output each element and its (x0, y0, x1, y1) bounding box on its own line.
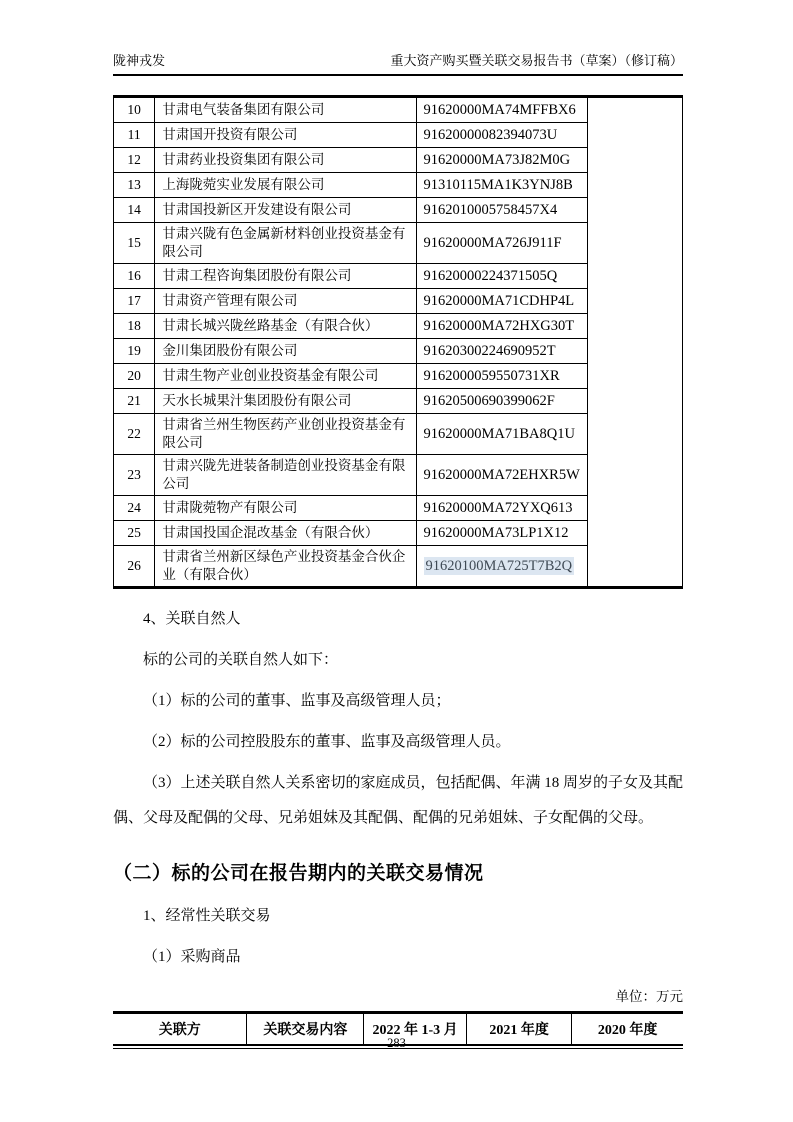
header-left-title: 陇神戎发 (113, 50, 165, 69)
list-item-2: （2）标的公司控股股东的董事、监事及高级管理人员。 (113, 725, 683, 760)
credit-code: 91620000MA72YXQ613 (416, 496, 587, 521)
credit-code: 91620000MA726J911F (416, 223, 587, 264)
row-number: 22 (114, 414, 155, 455)
company-name: 甘肃电气装备集团有限公司 (155, 97, 416, 123)
row-number: 20 (114, 364, 155, 389)
row-number: 23 (114, 455, 155, 496)
row-number: 26 (114, 546, 155, 588)
row-number: 13 (114, 173, 155, 198)
list-item-3: （3）上述关联自然人关系密切的家庭成员，包括配偶、年满 18 周岁的子女及其配偶… (113, 766, 683, 836)
credit-code-highlighted: 91620100MA725T7B2Q (416, 546, 587, 588)
row-number: 12 (114, 148, 155, 173)
intro-paragraph: 标的公司的关联自然人如下： (113, 643, 683, 678)
row-number: 17 (114, 289, 155, 314)
company-name: 甘肃长城兴陇丝路基金（有限合伙） (155, 314, 416, 339)
company-name: 甘肃资产管理有限公司 (155, 289, 416, 314)
credit-code: 91620500690399062F (416, 389, 587, 414)
empty-column (587, 97, 682, 588)
row-number: 19 (114, 339, 155, 364)
credit-code: 91620000MA72EHXR5W (416, 455, 587, 496)
running-header: 陇神戎发 重大资产购买暨关联交易报告书（草案）（修订稿） (113, 0, 683, 76)
unit-note: 单位：万元 (113, 987, 683, 1007)
document-page: 陇神戎发 重大资产购买暨关联交易报告书（草案）（修订稿） 10 甘肃电气装备集团… (0, 0, 793, 1122)
company-name: 甘肃药业投资集团有限公司 (155, 148, 416, 173)
credit-code: 91620000MA73J82M0G (416, 148, 587, 173)
row-number: 25 (114, 521, 155, 546)
credit-code: 91620000082394073U (416, 123, 587, 148)
credit-code: 91620000224371505Q (416, 264, 587, 289)
row-number: 10 (114, 97, 155, 123)
subsection-1-1: （1）采购商品 (113, 940, 683, 975)
row-number: 16 (114, 264, 155, 289)
section-2-heading: （二）标的公司在报告期内的关联交易情况 (113, 862, 683, 886)
row-number: 18 (114, 314, 155, 339)
company-name: 甘肃兴陇先进装备制造创业投资基金有限公司 (155, 455, 416, 496)
credit-code: 91310115MA1K3YNJ8B (416, 173, 587, 198)
page-number: 283 (0, 1036, 793, 1051)
row-number: 11 (114, 123, 155, 148)
section-4-title: 4、关联自然人 (113, 602, 683, 637)
company-name: 天水长城果汁集团股份有限公司 (155, 389, 416, 414)
row-number: 14 (114, 198, 155, 223)
company-name: 金川集团股份有限公司 (155, 339, 416, 364)
company-name: 甘肃省兰州新区绿色产业投资基金合伙企业（有限合伙） (155, 546, 416, 588)
credit-code: 9162010005758457X4 (416, 198, 587, 223)
list-item-1: （1）标的公司的董事、监事及高级管理人员； (113, 684, 683, 719)
company-name: 甘肃省兰州生物医药产业创业投资基金有限公司 (155, 414, 416, 455)
credit-code: 91620000MA73LP1X12 (416, 521, 587, 546)
row-number: 21 (114, 389, 155, 414)
company-name: 甘肃工程咨询集团股份有限公司 (155, 264, 416, 289)
highlight-mark: 91620100MA725T7B2Q (424, 557, 575, 575)
credit-code: 91620000MA72HXG30T (416, 314, 587, 339)
subsection-1: 1、经常性关联交易 (113, 899, 683, 934)
header-right-title: 重大资产购买暨关联交易报告书（草案）（修订稿） (390, 50, 683, 69)
company-name: 甘肃国开投资有限公司 (155, 123, 416, 148)
company-name: 甘肃生物产业创业投资基金有限公司 (155, 364, 416, 389)
page-content: 陇神戎发 重大资产购买暨关联交易报告书（草案）（修订稿） 10 甘肃电气装备集团… (113, 0, 683, 1049)
row-number: 15 (114, 223, 155, 264)
table-row: 10 甘肃电气装备集团有限公司 91620000MA74MFFBX6 (114, 97, 683, 123)
credit-code: 91620000MA71CDHP4L (416, 289, 587, 314)
company-name: 甘肃国投国企混改基金（有限合伙） (155, 521, 416, 546)
credit-code: 91620000MA71BA8Q1U (416, 414, 587, 455)
related-companies-table: 10 甘肃电气装备集团有限公司 91620000MA74MFFBX6 11 甘肃… (113, 95, 683, 589)
credit-code: 91620300224690952T (416, 339, 587, 364)
credit-code: 91620000MA74MFFBX6 (416, 97, 587, 123)
company-name: 甘肃国投新区开发建设有限公司 (155, 198, 416, 223)
row-number: 24 (114, 496, 155, 521)
company-name: 甘肃陇菀物产有限公司 (155, 496, 416, 521)
company-name: 甘肃兴陇有色金属新材料创业投资基金有限公司 (155, 223, 416, 264)
credit-code: 9162000059550731XR (416, 364, 587, 389)
company-name: 上海陇菀实业发展有限公司 (155, 173, 416, 198)
